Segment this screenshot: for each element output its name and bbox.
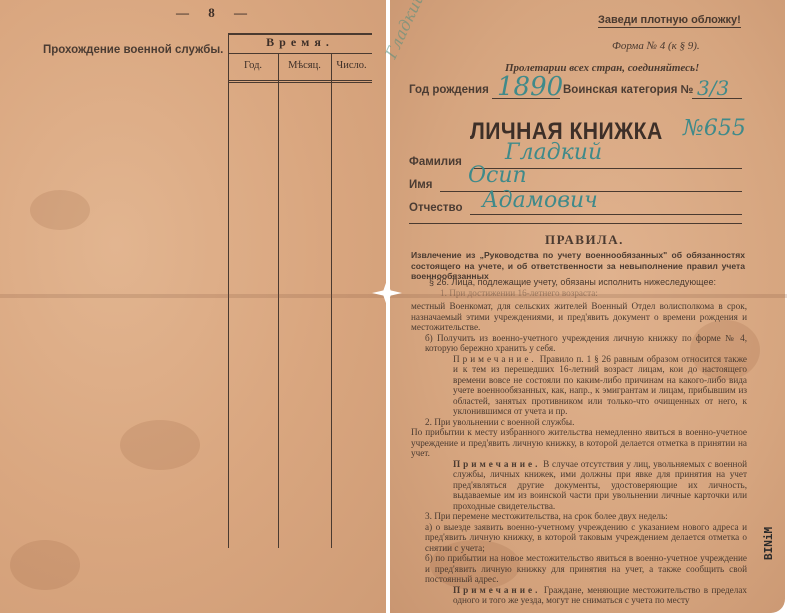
- cover-note: Заведи плотную обложку!: [598, 14, 741, 28]
- column-header-year: Год.: [228, 60, 278, 71]
- stain: [120, 420, 200, 470]
- name-value: Осип: [468, 163, 527, 188]
- book-number: №655: [683, 116, 746, 141]
- column-divider: [331, 53, 332, 548]
- column-header-day: Число.: [331, 60, 372, 71]
- stain: [10, 540, 80, 590]
- table-header-double-rule: [228, 80, 372, 83]
- service-time-table: Время. Год. Мѣсяц. Число.: [228, 33, 372, 548]
- left-page: — 8 — Прохождение военной службы. Время.…: [0, 0, 386, 613]
- note-2: Примечание. В случае отсутствия у лиц, у…: [411, 459, 747, 512]
- paragraph-2-text: По прибытии к месту избранного жительств…: [411, 427, 747, 459]
- paragraph-3b: б) по прибытии на новое местожительство …: [411, 553, 747, 585]
- paragraph-3a: а) о выезде заявить военно-учетному учре…: [411, 522, 747, 554]
- paragraph-3: 3. При перемене местожительства, на срок…: [411, 511, 747, 522]
- paragraph-1b: б) Получить из военно-учетного учреждени…: [411, 333, 747, 354]
- note-1: Примечание. Правило п. 1 § 26 равным обр…: [411, 354, 747, 417]
- stain: [30, 190, 90, 230]
- birth-year-value: 1890: [497, 72, 563, 102]
- note-3-label: Примечание.: [453, 585, 540, 595]
- page-number: — 8 —: [176, 5, 255, 21]
- category-value: 3/3: [697, 76, 729, 100]
- table-divider: [228, 53, 372, 54]
- form-label: Форма № 4 (к § 9).: [612, 40, 700, 52]
- paragraph-1-continued: местный Военкомат, для сельских жителей …: [411, 301, 747, 333]
- table-left-border: [228, 33, 229, 548]
- section-title: Прохождение военной службы.: [43, 44, 223, 56]
- rules-body: местный Военкомат, для сельских жителей …: [411, 301, 747, 606]
- header-rule: [409, 223, 742, 224]
- table-group-header: Время.: [228, 35, 372, 50]
- note-2-label: Примечание.: [453, 459, 540, 469]
- paragraph-2: 2. При увольнении с военной службы.: [411, 417, 747, 428]
- column-header-month: Мѣсяц.: [278, 60, 331, 71]
- rules-title: ПРАВИЛА.: [545, 232, 624, 248]
- note-3: Примечание. Граждане, меняющие местожите…: [411, 585, 747, 606]
- surname-value: Гладкий: [505, 140, 602, 165]
- note-1-label: Примечание.: [453, 354, 537, 364]
- name-label: Имя: [409, 179, 432, 191]
- paragraph-26: § 26. Лица, подлежащие учету, обязаны ис…: [429, 277, 749, 288]
- column-divider: [278, 53, 279, 548]
- patronymic-label: Отчество: [409, 202, 462, 214]
- paragraph-26-faded-1: 1. При достижении 16-летнего возраста:: [440, 288, 740, 299]
- patronymic-value: Адамович: [482, 188, 598, 213]
- patronymic-underline: [470, 214, 742, 215]
- surname-label: Фамилия: [409, 156, 462, 168]
- watermark: BINiM: [762, 527, 775, 560]
- category-label: Воинская категория №: [563, 84, 693, 96]
- birth-year-label: Год рождения: [409, 84, 489, 96]
- birth-year-row: Год рождения: [409, 84, 489, 96]
